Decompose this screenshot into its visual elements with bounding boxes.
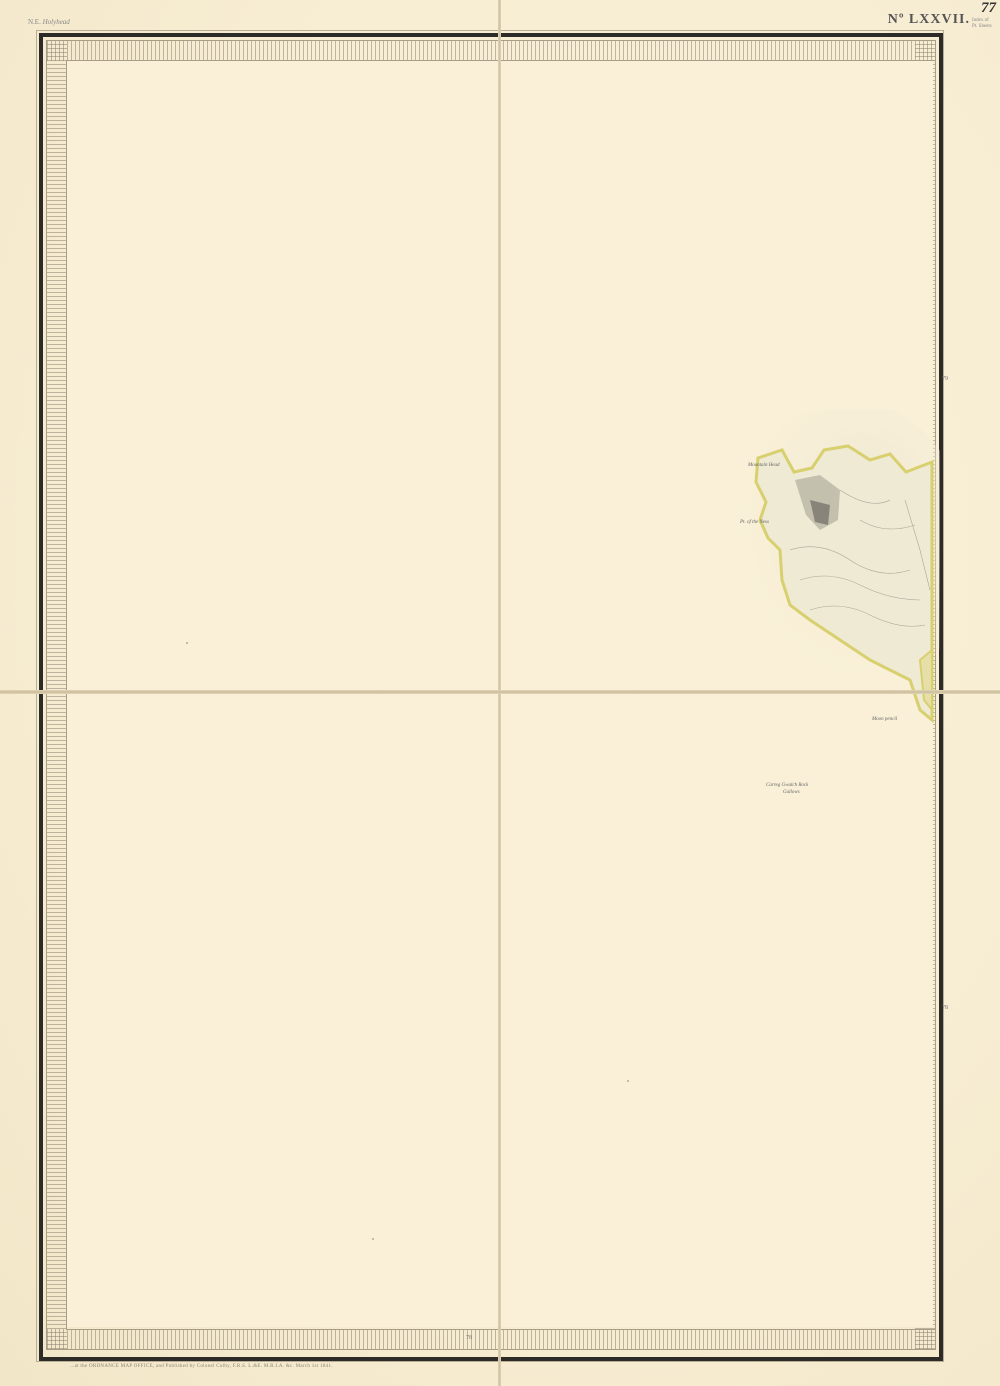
place-label: Carreg Gwalch Rock [766, 783, 808, 788]
adjoining-name: Holyhead [43, 18, 70, 26]
paper-speck [627, 1080, 629, 1082]
sheet-roman-numeral: Nº LXXVII. [888, 12, 970, 28]
adjoining-sheet-label: N.E. Holyhead [28, 18, 70, 26]
place-label: Moon pencil [872, 717, 897, 722]
publisher-imprint: ...at the ORDNANCE MAP OFFICE, and Publi… [70, 1364, 333, 1369]
coastline-land-fragment [720, 410, 940, 730]
map-sheet: N.E. Holyhead 77 Nº LXXVII. Index of Pt.… [0, 0, 1000, 1386]
grid-number-right-upper: 79 [942, 376, 948, 382]
horizontal-fold-line [0, 690, 1000, 694]
place-label: Gallows [783, 790, 800, 795]
grid-number-bottom: 78 [466, 1335, 472, 1341]
adjoining-direction: N.E. [28, 18, 41, 26]
place-label: Mountain Head [748, 463, 780, 468]
paper-speck [186, 642, 188, 644]
paper-speck [372, 1238, 374, 1240]
place-label: Pt. of the Ness [740, 520, 769, 525]
grid-number-right-lower: 78 [942, 1005, 948, 1011]
sheet-number: 77 [981, 0, 996, 17]
sheet-note: Index of Pt. Sheets [972, 18, 994, 30]
